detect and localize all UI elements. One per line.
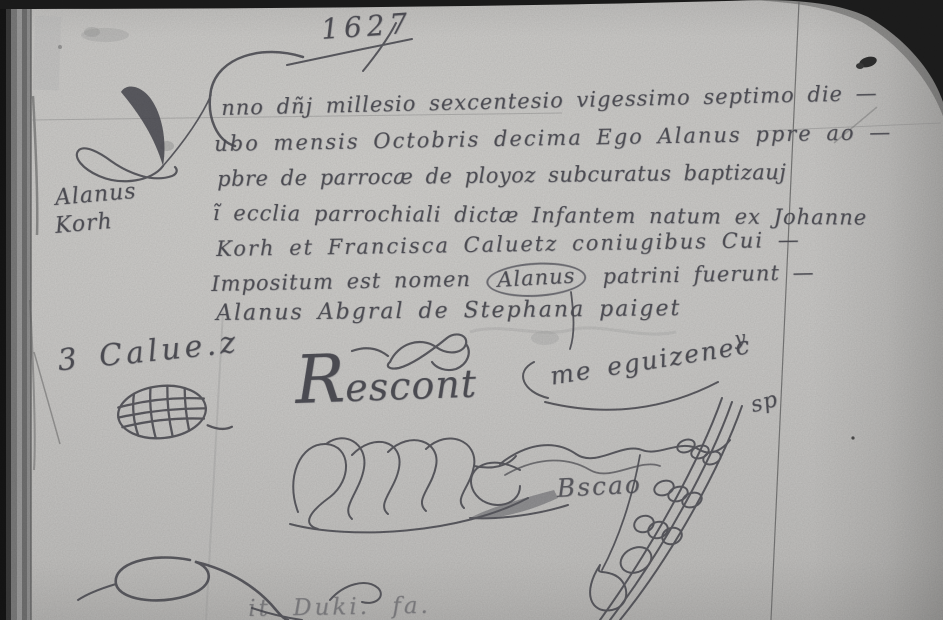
entry-line6-prefix: Impositum est nomen	[211, 267, 471, 296]
entry-text-line4: ĩ ecclia parrochiali dictæ Infantem natu…	[213, 201, 867, 230]
entry-line6-suffix: patrini fuerunt —	[602, 260, 814, 288]
paraph-text: Bscao	[556, 470, 643, 503]
encircled-baptism-name: Alanus	[486, 260, 588, 299]
signature-primary: Rescont	[294, 342, 478, 414]
entry-text-line7: Alanus Abgral de Stephana paiget	[216, 296, 681, 326]
year-heading: 1627	[320, 7, 413, 46]
signature-secondary-superscript: y	[733, 326, 748, 349]
next-entry-fragment: it Duki. fa.	[248, 593, 431, 620]
margin-name-line2: Korh	[54, 209, 114, 239]
manuscript-scan: 1627 Alanus Korh nno dñj millesio sexcen…	[0, 0, 943, 620]
